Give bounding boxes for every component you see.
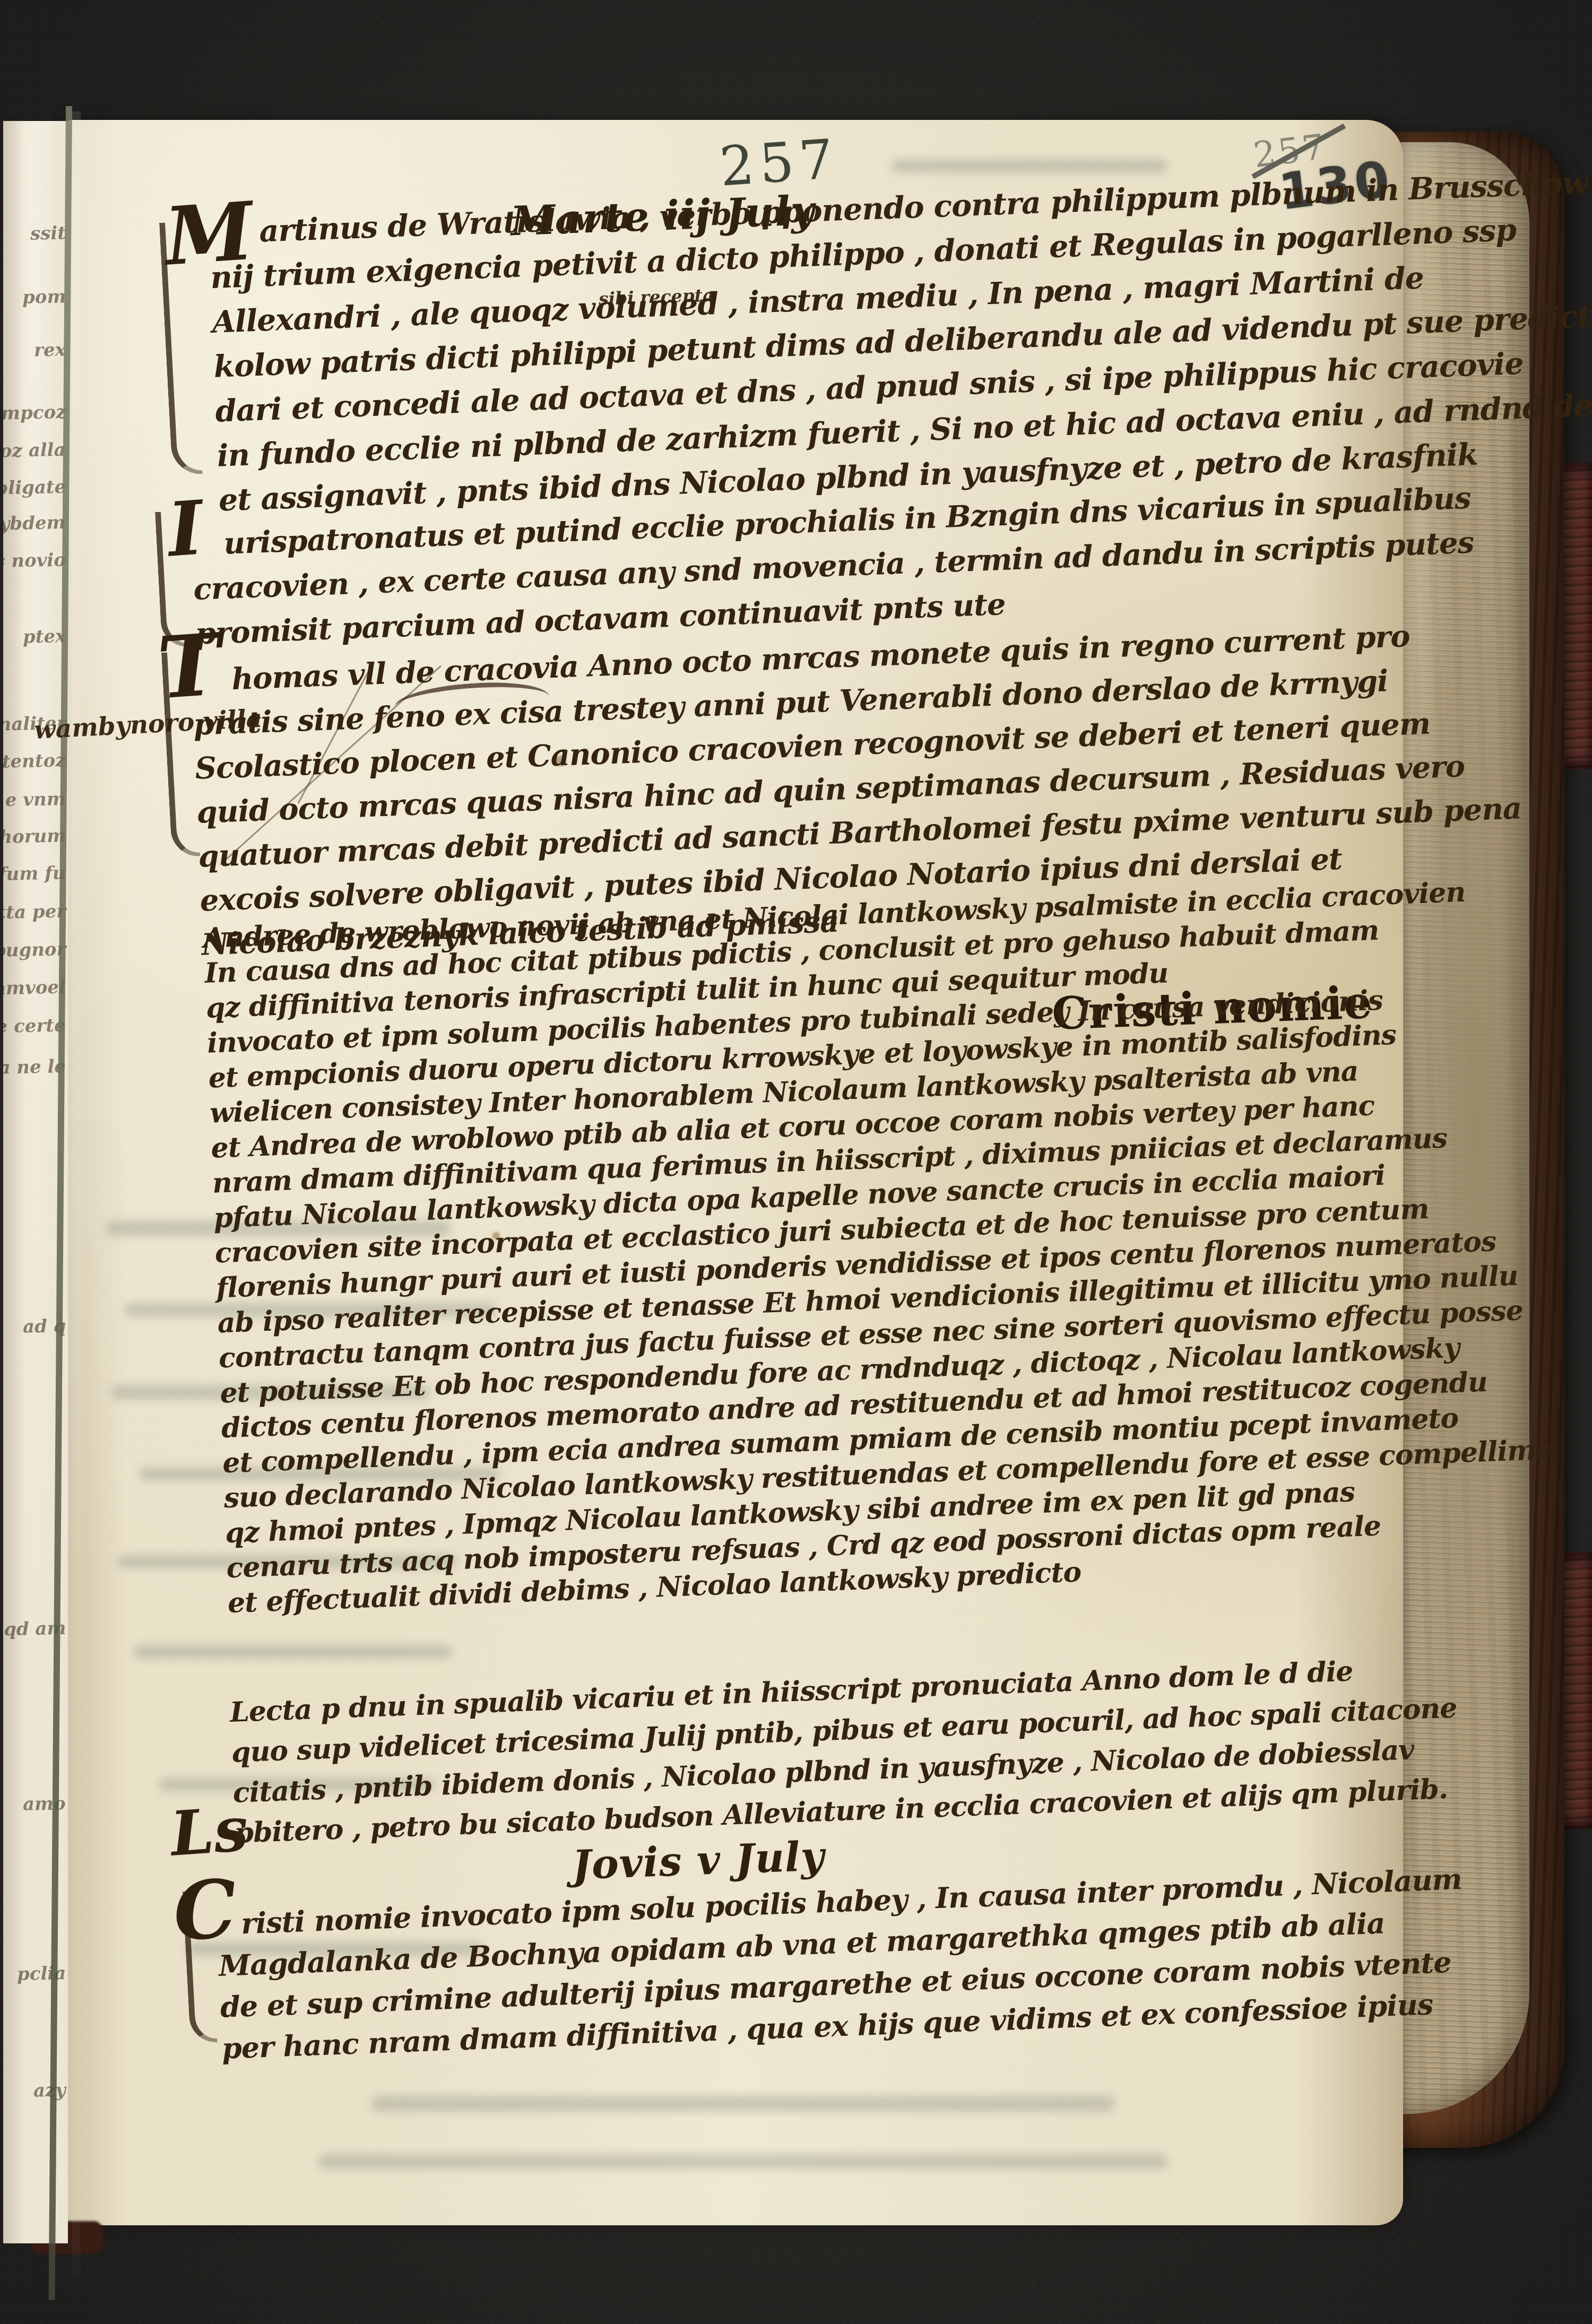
facing-page-fragment: m bonmvoel <box>3 977 66 1001</box>
facing-page-fragment: ut odn horum <box>3 825 66 849</box>
glass-reflection <box>72 111 81 2276</box>
facing-page-fragment: pclia <box>16 1963 66 1985</box>
flourished-initial: I <box>166 491 205 567</box>
facing-page-fragment: amo <box>23 1793 66 1815</box>
flourished-initial: M <box>162 191 256 276</box>
facing-page-fragment: ssit <box>30 222 66 244</box>
facing-page-fragment: rex <box>34 339 66 361</box>
show-through <box>371 2096 1114 2112</box>
facing-page-fragment: azy <box>33 2079 66 2101</box>
flourished-initial: C <box>171 1869 240 1953</box>
entry-martinus: artinus de Wratislawia , verbo pponendo … <box>208 159 1592 523</box>
show-through <box>318 2154 1167 2169</box>
manuscript-photograph: ssitpomrexmary exempcozpvecoz allalis ob… <box>0 0 1592 2324</box>
facing-page-fragment: de cotta per <box>3 901 66 925</box>
facing-page-fragment: ptex <box>22 626 66 648</box>
facing-page-fragment: mo cd tentoz <box>3 750 66 774</box>
facing-page-fragment: h eode certe <box>3 1015 66 1039</box>
show-through <box>892 159 1167 173</box>
facing-page-fragment: lis obligate <box>3 476 66 500</box>
facing-page-fragment: blioms novio <box>3 549 66 573</box>
facing-page-fragment: ssu et fum fu <box>3 862 66 886</box>
facing-page-fragment: ulie impugnor <box>3 939 66 963</box>
facing-page-fragment: pibus in ybdem <box>3 512 66 536</box>
date-heading-thursday: Jovis v July <box>572 1832 826 1888</box>
facing-page-fragment: pom <box>22 286 66 308</box>
facing-page-fragment: issy e vnm <box>3 788 66 812</box>
facing-page-fragment: mary exempcoz <box>3 402 66 426</box>
show-through <box>134 1645 452 1659</box>
facing-page-fragment: pvecoz alla <box>3 439 66 463</box>
flourished-initial: T <box>155 622 224 711</box>
entry-sentence-lantkowski: Andree de wroblowo novij ab vna et Nicol… <box>203 872 1555 1621</box>
facing-page-fragment: pnia ne le <box>3 1056 66 1079</box>
